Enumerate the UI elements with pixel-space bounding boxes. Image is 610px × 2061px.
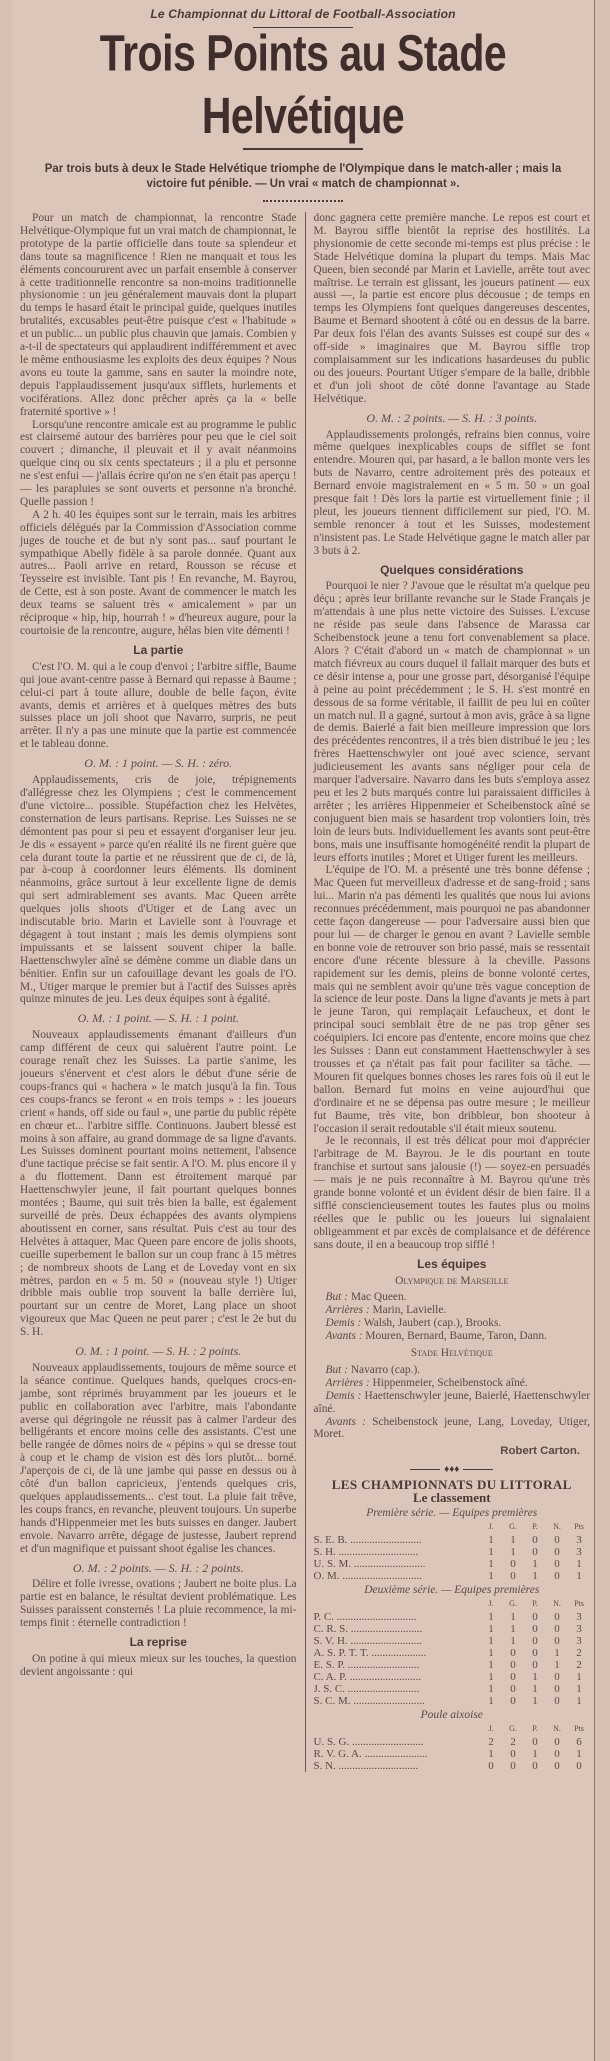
column-header: N. (546, 1597, 568, 1611)
stat-cell: 0 (502, 1683, 524, 1695)
lineup-line: Arrières : Marin, Lavielle. (314, 1304, 591, 1317)
lineup-line: Avants : Mouren, Bernard, Baume, Taron, … (314, 1330, 591, 1343)
stat-cell: 3 (568, 1635, 590, 1647)
score-line: O. M. : 1 point. — S. H. : zéro. (20, 757, 297, 770)
stat-cell: 1 (524, 1570, 546, 1582)
stat-cell: 0 (546, 1736, 568, 1748)
stat-cell: 3 (568, 1623, 590, 1635)
subhead: Par trois buts à deux le Stade Helvétiqu… (12, 156, 594, 192)
stat-cell: 1 (480, 1671, 502, 1683)
score-line: O. M. : 2 points. — S. H. : 2 points. (20, 1562, 297, 1575)
series-table: J.G.P.N.PtsP. C. .......................… (314, 1597, 591, 1707)
stat-cell: 1 (480, 1570, 502, 1582)
author-signature: Robert Carton. (314, 1445, 581, 1458)
paragraph: L'équipe de l'O. M. a présenté une très … (314, 864, 591, 1135)
stat-cell: 0 (524, 1736, 546, 1748)
column-header: Pts (568, 1520, 590, 1534)
score-line: O. M. : 2 points. — S. H. : 3 points. (314, 412, 591, 425)
stat-cell: 0 (568, 1760, 590, 1772)
stat-cell: 1 (546, 1659, 568, 1671)
stat-cell: 1 (568, 1570, 590, 1582)
table-row: J. S. C. ..........................10101 (314, 1683, 591, 1695)
standings-subtitle: Le classement (314, 1492, 591, 1505)
stat-cell: 0 (546, 1683, 568, 1695)
series-heading: Poule aixoise (314, 1709, 591, 1722)
team-abbrev: C. A. P. .......................... (314, 1671, 481, 1683)
team-abbrev: S. E. B. .......................... (314, 1534, 481, 1546)
divider (263, 200, 343, 202)
series-heading: Deuxième série. — Equipes premières (314, 1584, 591, 1597)
newspaper-page: Le Championnat du Littoral de Football-A… (12, 0, 595, 2061)
stat-cell: 1 (524, 1695, 546, 1707)
stat-cell: 0 (502, 1659, 524, 1671)
lineup-line: Arrières : Hippenmeier, Scheibenstock aî… (314, 1377, 591, 1390)
stat-cell: 1 (480, 1534, 502, 1546)
score-line: O. M. : 1 point. — S. H. : 2 points. (20, 1345, 297, 1358)
paragraph: Pour un match de championnat, la rencont… (20, 212, 297, 419)
table-row: R. V. G. A. .......................10101 (314, 1748, 591, 1760)
lineup-line: But : Navarro (cap.). (314, 1364, 591, 1377)
headline: Trois Points au Stade Helvétique (12, 22, 594, 147)
paragraph: C'est l'O. M. qui a le coup d'envoi ; l'… (20, 661, 297, 751)
stat-cell: 1 (524, 1671, 546, 1683)
stat-cell: 1 (480, 1647, 502, 1659)
stat-cell: 1 (480, 1611, 502, 1623)
table-row: U. S. G. ..........................22006 (314, 1736, 591, 1748)
stat-cell: 3 (568, 1611, 590, 1623)
stat-cell: 0 (524, 1623, 546, 1635)
paragraph: A 2 h. 40 les équipes sont sur le terrai… (20, 509, 297, 638)
section-heading: La partie (20, 644, 297, 657)
stat-cell: 0 (546, 1570, 568, 1582)
stat-cell: 0 (502, 1695, 524, 1707)
column-header: J. (480, 1597, 502, 1611)
paragraph: donc gagnera cette première manche. Le r… (314, 212, 591, 406)
stat-cell: 0 (502, 1760, 524, 1772)
table-row: E. S. P. ..........................10012 (314, 1659, 591, 1671)
team-abbrev: S. C. M. .......................... (314, 1695, 481, 1707)
score-line: O. M. : 1 point. — S. H. : 1 point. (20, 1012, 297, 1025)
stat-cell: 0 (546, 1671, 568, 1683)
stat-cell: 1 (480, 1558, 502, 1570)
team-abbrev: E. S. P. .......................... (314, 1659, 481, 1671)
stat-cell: 0 (546, 1546, 568, 1558)
column-header: Pts (568, 1597, 590, 1611)
team-name: Stade Helvétique (314, 1347, 591, 1360)
table-row: P. C. .............................11003 (314, 1611, 591, 1623)
paragraph: Applaudissements prolongés, refrains bie… (314, 429, 591, 558)
team-abbrev: A. S. P. T. T. .................... (314, 1647, 481, 1659)
team-abbrev: U. S. M. .......................... (314, 1558, 481, 1570)
table-row: C. A. P. ..........................10101 (314, 1671, 591, 1683)
lineup-line: Demis : Haettenschwyler jeune, Baierlé, … (314, 1390, 591, 1416)
paragraph: Nouveaux applaudissements émanant d'aill… (20, 1029, 297, 1339)
stat-cell: 0 (524, 1659, 546, 1671)
section-heading: Quelques considérations (314, 564, 591, 577)
table-row: U. S. M. ..........................10101 (314, 1558, 591, 1570)
stat-cell: 1 (568, 1683, 590, 1695)
table-row: S. E. B. ..........................11003 (314, 1534, 591, 1546)
team-abbrev: S. H. ............................. (314, 1546, 481, 1558)
stat-cell: 6 (568, 1736, 590, 1748)
stat-cell: 1 (524, 1748, 546, 1760)
stat-cell: 2 (568, 1647, 590, 1659)
stat-cell: 1 (480, 1695, 502, 1707)
stat-cell: 0 (524, 1611, 546, 1623)
stat-cell: 1 (502, 1546, 524, 1558)
stat-cell: 0 (524, 1635, 546, 1647)
paragraph: On potine à qui mieux mieux sur les touc… (20, 1653, 297, 1679)
paragraph: Pourquoi le nier ? J'avoue que le résult… (314, 580, 591, 864)
stat-cell: 1 (480, 1635, 502, 1647)
stat-cell: 1 (502, 1623, 524, 1635)
section-heading: La reprise (20, 1636, 297, 1649)
stat-cell: 0 (546, 1760, 568, 1772)
lineup-line: Demis : Walsh, Jaubert (cap.), Brooks. (314, 1317, 591, 1330)
stat-cell: 0 (502, 1748, 524, 1760)
stat-cell: 0 (546, 1534, 568, 1546)
stat-cell: 1 (480, 1748, 502, 1760)
stat-cell: 1 (568, 1558, 590, 1570)
team-abbrev: P. C. ............................. (314, 1611, 481, 1623)
table-row: S. N. .............................00000 (314, 1760, 591, 1772)
column-header: G. (502, 1520, 524, 1534)
stat-cell: 1 (546, 1647, 568, 1659)
team-abbrev: R. V. G. A. ....................... (314, 1748, 481, 1760)
stat-cell: 0 (524, 1647, 546, 1659)
stat-cell: 2 (502, 1736, 524, 1748)
stat-cell: 0 (502, 1671, 524, 1683)
stat-cell: 0 (502, 1570, 524, 1582)
stat-cell: 1 (502, 1534, 524, 1546)
stat-cell: 1 (502, 1611, 524, 1623)
stat-cell: 0 (524, 1534, 546, 1546)
stat-cell: 1 (568, 1748, 590, 1760)
column-header: P. (524, 1520, 546, 1534)
stat-cell: 1 (568, 1695, 590, 1707)
column-header: N. (546, 1520, 568, 1534)
paragraph: Délire et folle ivresse, ovations ; Jaub… (20, 1578, 297, 1630)
right-column: donc gagnera cette première manche. Le r… (305, 212, 591, 1772)
table-row: S. C. M. ..........................10101 (314, 1695, 591, 1707)
stat-cell: 1 (480, 1623, 502, 1635)
section-heading: Les équipes (314, 1258, 591, 1271)
table-row: S. V. H. ..........................11003 (314, 1635, 591, 1647)
team-abbrev: J. S. C. .......................... (314, 1683, 481, 1695)
column-header: G. (502, 1597, 524, 1611)
stat-cell: 0 (546, 1611, 568, 1623)
paragraph: Nouveaux applaudissements, toujours de m… (20, 1362, 297, 1556)
stat-cell: 0 (480, 1760, 502, 1772)
kicker: Le Championnat du Littoral de Football-A… (12, 0, 594, 21)
team-abbrev: S. N. ............................. (314, 1760, 481, 1772)
column-header: P. (524, 1722, 546, 1736)
stat-cell: 1 (480, 1546, 502, 1558)
stat-cell: 3 (568, 1534, 590, 1546)
column-header: P. (524, 1597, 546, 1611)
stat-cell: 0 (502, 1558, 524, 1570)
stat-cell: 0 (524, 1546, 546, 1558)
table-row: O. M. .............................10101 (314, 1570, 591, 1582)
lineup-line: But : Mac Queen. (314, 1291, 591, 1304)
paragraph: Applaudissements, cris de joie, trépigne… (20, 774, 297, 1006)
table-row: S. H. .............................11003 (314, 1546, 591, 1558)
stat-cell: 2 (480, 1736, 502, 1748)
stat-cell: 0 (546, 1558, 568, 1570)
stat-cell: 1 (524, 1683, 546, 1695)
left-column: Pour un match de championnat, la rencont… (20, 212, 305, 1772)
stat-cell: 1 (480, 1659, 502, 1671)
stat-cell: 1 (480, 1683, 502, 1695)
table-row: C. R. S. ..........................11003 (314, 1623, 591, 1635)
diamond-ornament-icon: ♦♦♦ (444, 1464, 459, 1475)
standings-table: Première série. — Equipes premièresJ.G.P… (314, 1507, 591, 1772)
paragraph: Lorsqu'une rencontre amicale est au prog… (20, 419, 297, 509)
paragraph: Je le reconnais, il est très délicat pou… (314, 1135, 591, 1251)
stat-cell: 1 (524, 1558, 546, 1570)
stat-cell: 2 (568, 1659, 590, 1671)
series-table: J.G.P.N.PtsU. S. G. ....................… (314, 1722, 591, 1772)
stat-cell: 0 (546, 1748, 568, 1760)
column-header: J. (480, 1722, 502, 1736)
stat-cell: 0 (546, 1695, 568, 1707)
team-name: Olympique de Marseille (314, 1275, 591, 1288)
stat-cell: 0 (524, 1760, 546, 1772)
column-header: J. (480, 1520, 502, 1534)
column-header: N. (546, 1722, 568, 1736)
series-table: J.G.P.N.PtsS. E. B. ....................… (314, 1520, 591, 1582)
team-abbrev: U. S. G. .......................... (314, 1736, 481, 1748)
stat-cell: 0 (546, 1635, 568, 1647)
team-abbrev: C. R. S. .......................... (314, 1623, 481, 1635)
team-abbrev: S. V. H. .......................... (314, 1635, 481, 1647)
stat-cell: 3 (568, 1546, 590, 1558)
article-columns: Pour un match de championnat, la rencont… (12, 212, 594, 1772)
column-header: Pts (568, 1722, 590, 1736)
stat-cell: 1 (568, 1671, 590, 1683)
stat-cell: 0 (546, 1623, 568, 1635)
divider (243, 148, 363, 150)
team-abbrev: O. M. ............................. (314, 1570, 481, 1582)
stat-cell: 1 (502, 1635, 524, 1647)
table-row: A. S. P. T. T. ....................10012 (314, 1647, 591, 1659)
ornament-divider: ♦♦♦ (314, 1464, 591, 1477)
series-heading: Première série. — Equipes premières (314, 1507, 591, 1520)
lineup-line: Avants : Scheibenstock jeune, Lang, Love… (314, 1416, 591, 1442)
column-header: G. (502, 1722, 524, 1736)
stat-cell: 0 (502, 1647, 524, 1659)
